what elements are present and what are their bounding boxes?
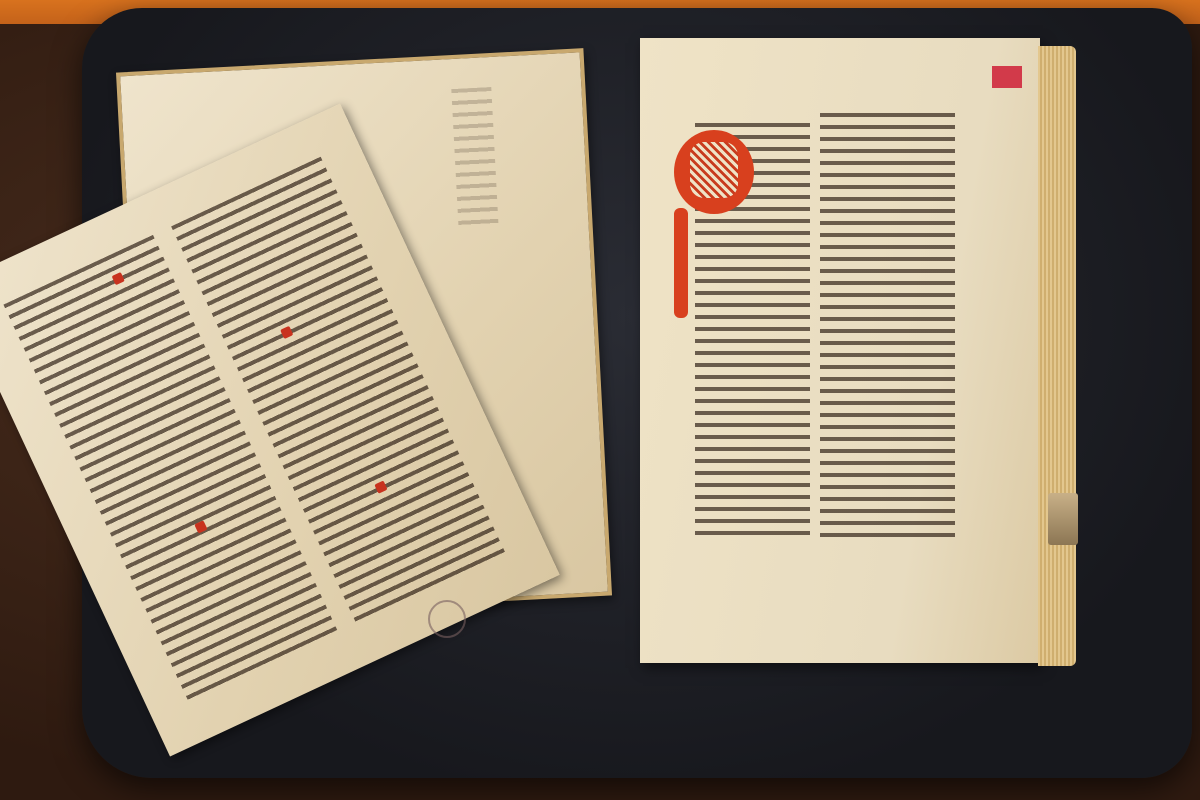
page-edges (1038, 46, 1076, 666)
library-stamp (428, 600, 466, 638)
initial-stem (674, 208, 688, 318)
metal-clasp (1048, 493, 1078, 545)
red-decorated-initial (674, 130, 754, 214)
manuscript-photo: Photograph of medieval manuscript leaves… (0, 0, 1200, 800)
text-column-right (820, 113, 955, 543)
open-codex (640, 38, 1080, 668)
initial-lattice (690, 142, 738, 198)
faint-text (451, 87, 498, 229)
red-page-tab (992, 66, 1022, 88)
codex-page (640, 38, 1040, 663)
